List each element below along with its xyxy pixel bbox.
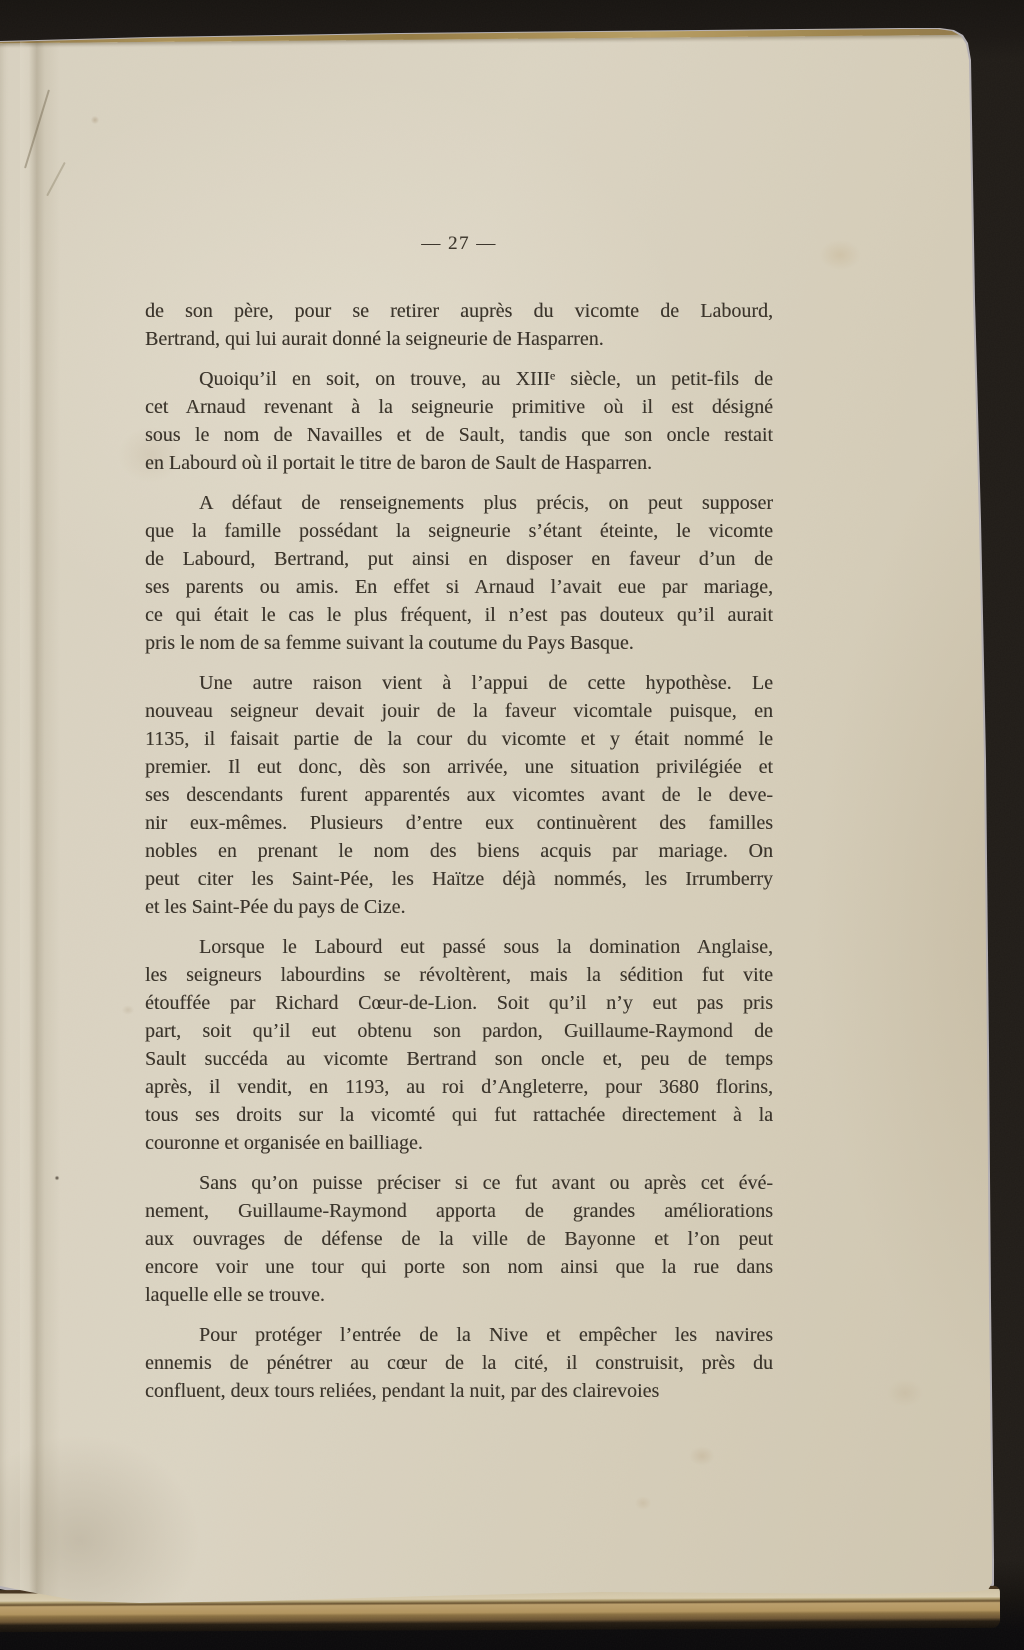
text-line: nouveau seigneur devait jouir de la fave… <box>145 697 773 725</box>
text-line: aux ouvrages de défense de la ville de B… <box>145 1225 773 1253</box>
paragraph: Pour protéger l’entrée de la Nive et emp… <box>145 1321 773 1405</box>
text-line: après, il vendit, en 1193, au roi d’Angl… <box>145 1073 773 1101</box>
text-line: de son père, pour se retirer auprès du v… <box>145 297 773 325</box>
paragraph: Sans qu’on puisse préciser si ce fut ava… <box>145 1169 773 1309</box>
text-line: Une autre raison vient à l’appui de cett… <box>145 669 773 697</box>
text-line: premier. Il eut donc, dès son arrivée, u… <box>145 753 773 781</box>
text-line: A défaut de renseignements plus précis, … <box>145 489 773 517</box>
paragraph: Quoiqu’il en soit, on trouve, au XIIIᵉ s… <box>145 365 773 477</box>
paragraph: Lorsque le Labourd eut passé sous la dom… <box>145 933 773 1157</box>
book-page: — 27 — de son père, pour se retirer aupr… <box>0 0 1024 1650</box>
text-line: laquelle elle se trouve. <box>145 1281 773 1309</box>
text-line: Bertrand, qui lui aurait donné la seigne… <box>145 325 773 353</box>
text-line: nir eux-mêmes. Plusieurs d’entre eux con… <box>145 809 773 837</box>
text-line: nement, Guillaume-Raymond apporta de gra… <box>145 1197 773 1225</box>
text-line: part, soit qu’il eut obtenu son pardon, … <box>145 1017 773 1045</box>
text-line: ses parents ou amis. En effet si Arnaud … <box>145 573 773 601</box>
text-line: ses descendants furent apparentés aux vi… <box>145 781 773 809</box>
text-line: Pour protéger l’entrée de la Nive et emp… <box>145 1321 773 1349</box>
text-line: sous le nom de Navailles et de Sault, ta… <box>145 421 773 449</box>
paragraph: A défaut de renseignements plus précis, … <box>145 489 773 657</box>
text-line: que la famille possédant la seigneurie s… <box>145 517 773 545</box>
text-line: couronne et organisée en bailliage. <box>145 1129 773 1157</box>
text-line: Sault succéda au vicomte Bertrand son on… <box>145 1045 773 1073</box>
text-line: les seigneurs labourdins se révoltèrent,… <box>145 961 773 989</box>
text-line: nobles en prenant le nom des biens acqui… <box>145 837 773 865</box>
text-line: cet Arnaud revenant à la seigneurie prim… <box>145 393 773 421</box>
text-line: Sans qu’on puisse préciser si ce fut ava… <box>145 1169 773 1197</box>
text-line: tous ses droits sur la vicomté qui fut r… <box>145 1101 773 1129</box>
text-line: 1135, il faisait partie de la cour du vi… <box>145 725 773 753</box>
text-line: Lorsque le Labourd eut passé sous la dom… <box>145 933 773 961</box>
text-line: ennemis de pénétrer au cœur de la cité, … <box>145 1349 773 1377</box>
text-line: et les Saint-Pée du pays de Cize. <box>145 893 773 921</box>
paragraph: de son père, pour se retirer auprès du v… <box>145 297 773 353</box>
text-line: pris le nom de sa femme suivant la coutu… <box>145 629 773 657</box>
text-line: Quoiqu’il en soit, on trouve, au XIIIᵉ s… <box>145 365 773 393</box>
text-line: étouffée par Richard Cœur-de-Lion. Soit … <box>145 989 773 1017</box>
text-line: peut citer les Saint-Pée, les Haïtze déj… <box>145 865 773 893</box>
text-line: encore voir une tour qui porte son nom a… <box>145 1253 773 1281</box>
page-number: — 27 — <box>145 231 773 257</box>
scanned-book-photo: — 27 — de son père, pour se retirer aupr… <box>0 0 1024 1650</box>
text-line: confluent, deux tours reliées, pendant l… <box>145 1377 773 1405</box>
text-line: de Labourd, Bertrand, put ainsi en dispo… <box>145 545 773 573</box>
text-block: de son père, pour se retirer auprès du v… <box>145 297 773 1405</box>
text-line: en Labourd où il portait le titre de bar… <box>145 449 773 477</box>
text-line: ce qui était le cas le plus fréquent, il… <box>145 601 773 629</box>
paragraph: Une autre raison vient à l’appui de cett… <box>145 669 773 921</box>
